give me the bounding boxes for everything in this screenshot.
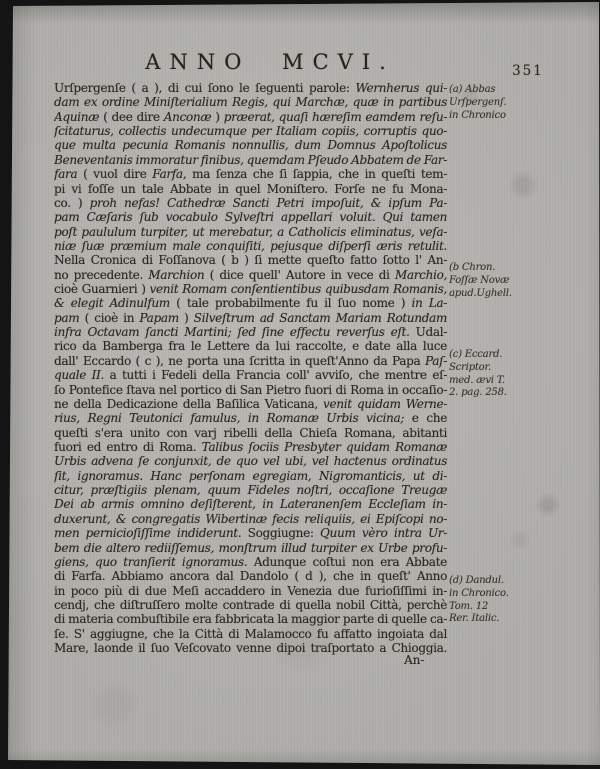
text-line: ſit, ignoramus. Hanc perſonam egregiam, … — [54, 469, 447, 483]
text-segment: ) — [179, 311, 194, 325]
margin-note-line: in Chronico. — [449, 588, 555, 601]
text-segment-italic: proh nefas! Cathedræ Sancti Petri impoſu… — [90, 196, 447, 210]
text-segment: ſe. S' aggiugne, che la Città di Malamoc… — [54, 627, 447, 641]
margin-note-line: Foſſæ Novæ — [449, 275, 555, 288]
text-segment: dall' Eccardo ( c ), ne porta una ſcritt… — [54, 354, 425, 368]
text-line: fara ( vuol dire Farfa, ma ſenza che ſi … — [54, 167, 447, 181]
text-segment-italic: Marchio, — [395, 268, 447, 282]
text-segment: Soggiugne: — [241, 526, 320, 540]
text-line: que multa pecunia Romanis nonnullis, dum… — [54, 138, 447, 152]
text-segment-italic: fara — [54, 167, 77, 181]
text-segment: ne della Dedicazione della Baſilica Vati… — [54, 397, 323, 411]
text-segment: co. ) — [54, 196, 90, 210]
text-line: niæ ſuæ præmium male conquiſiti, pejusqu… — [54, 239, 447, 253]
running-head: ANNO MCVI. — [60, 50, 480, 74]
catchword: An- — [404, 653, 424, 667]
text-line: & elegit Adinulfum ( tale probabilmente … — [54, 296, 447, 310]
text-line: giens, quo tranſierit ignoramus. Adunque… — [54, 555, 447, 569]
text-segment-italic: Silveſtrum ad Sanctam Mariam Rotundam — [194, 311, 447, 325]
text-line: duxerunt, & congregatis Wibertinæ fecis … — [54, 512, 447, 526]
text-line: dam ex ordine Miniſterialium Regis, qui … — [54, 95, 447, 109]
text-line: infra Octavam ſancti Martini; ſed ſine e… — [54, 325, 447, 339]
margin-note-a: (a) AbbasUrſpergenſ.in Chronico — [449, 84, 555, 122]
text-segment-italic: poſt paululum turpiter, ut merebatur, a … — [54, 225, 447, 239]
text-segment-italic: Paſ- — [425, 354, 447, 368]
text-line: ſo Pontefice ſtava nel portico di San Pi… — [54, 383, 447, 397]
margin-note-line: (d) Dandul. — [449, 575, 555, 588]
text-segment-italic: Wernherus qui- — [355, 81, 447, 95]
text-line: queſti s'era unito con varj ribelli dell… — [54, 426, 447, 440]
text-line: co. ) proh nefas! Cathedræ Sancti Petri … — [54, 196, 447, 210]
margin-note-line: (a) Abbas — [449, 84, 555, 97]
text-line: ne della Dedicazione della Baſilica Vati… — [54, 397, 447, 411]
margin-note-line: med. ævi T. — [449, 375, 555, 388]
text-segment: cendj, che diſtruſſero molte contrade di… — [54, 598, 447, 612]
text-line: Urſpergenſe ( a ), di cui ſono le ſeguen… — [54, 81, 447, 95]
text-segment-italic: Farfa — [152, 167, 183, 181]
text-segment-italic: bem die altero rediiſſemus, monſtrum ill… — [54, 541, 447, 555]
text-segment-italic: Anconæ — [164, 110, 212, 124]
text-segment-italic: Marchion — [148, 268, 204, 282]
text-line: pam ( cioè in Papam ) Silveſtrum ad Sanc… — [54, 311, 447, 325]
text-segment-italic: Papam — [139, 311, 178, 325]
text-line: cioè Guarnieri ) venit Romam conſentient… — [54, 282, 447, 296]
text-line: fuori ed entro di Roma. Talibus ſociis P… — [54, 440, 447, 454]
text-segment-italic: Quum vèro intra Ur- — [320, 526, 447, 540]
text-segment: pi vi foſſe un tale Abbate in quel Moniſ… — [54, 182, 447, 196]
margin-note-line: (b Chron. — [449, 262, 555, 275]
text-segment: in poco più di due Meſi accaddero in Ven… — [54, 584, 447, 598]
margin-note-line: apud.Ughell. — [449, 288, 555, 301]
text-segment: ( tale probabilmente fu il ſuo nome ) — [170, 296, 412, 310]
text-segment-italic: ſcitaturus, collectis undecumque per Ita… — [54, 124, 447, 138]
text-line: Urbis advena ſe conjunxit, de quo vel ub… — [54, 454, 447, 468]
text-segment: di Farfa. Abbiamo ancora dal Dandolo ( d… — [54, 569, 447, 583]
text-segment-italic: quale II. — [54, 368, 104, 382]
text-segment: e che — [404, 411, 447, 425]
text-line: dall' Eccardo ( c ), ne porta una ſcritt… — [54, 354, 447, 368]
text-segment: Adunque coſtui non era Abbate — [247, 555, 447, 569]
margin-note-d: (d) Dandul.in Chronico.Tom. 12Rer. Itali… — [449, 575, 555, 626]
text-segment-italic: infra Octavam ſancti Martini; ſed ſine e… — [54, 325, 410, 339]
text-line: ſcitaturus, collectis undecumque per Ita… — [54, 124, 447, 138]
scanned-book-page: ANNO MCVI. 351 Urſpergenſe ( a ), di cui… — [0, 0, 600, 769]
text-line: rius, Regni Teutonici famulus, in Romanæ… — [54, 411, 447, 425]
text-line: Aquinæ ( dee dire Anconæ ) præerat, quaſ… — [54, 110, 447, 124]
text-segment: Urſpergenſe ( a ), di cui ſono le ſeguen… — [54, 81, 355, 95]
text-segment: queſti s'era unito con varj ribelli dell… — [54, 426, 447, 440]
text-segment: fuori ed entro di Roma. — [54, 440, 202, 454]
text-line: pi vi foſſe un tale Abbate in quel Moniſ… — [54, 182, 447, 196]
text-line: quale II. a tutti i Fedeli della Francia… — [54, 368, 447, 382]
text-segment-italic: dam ex ordine Miniſterialium Regis, qui … — [54, 95, 447, 109]
text-segment-italic: Beneventanis immoratur finibus, quemdam … — [54, 153, 447, 167]
text-segment: ) — [211, 110, 223, 124]
text-segment-italic: ſit, ignoramus. Hanc perſonam egregiam, … — [54, 469, 447, 483]
text-segment: Nella Cronica di Foſſanova ( b ) ſi mett… — [54, 253, 447, 267]
text-segment-italic: giens, quo tranſierit ignoramus. — [54, 555, 247, 569]
text-line: di Farfa. Abbiamo ancora dal Dandolo ( d… — [54, 569, 447, 583]
page-number: 351 — [512, 63, 544, 79]
text-segment-italic: venit Romam conſentientibus quibusdam Ro… — [150, 282, 447, 296]
margin-note-line: Scriptor. — [449, 362, 555, 375]
text-segment-italic: & elegit Adinulfum — [54, 296, 170, 310]
text-segment: ſo Pontefice ſtava nel portico di San Pi… — [54, 383, 447, 397]
text-segment-italic: niæ ſuæ præmium male conquiſiti, pejusqu… — [54, 239, 447, 253]
text-segment: ( vuol dire — [77, 167, 152, 181]
text-line: pam Cæſaris ſub vocabulo Sylveſtri appel… — [54, 210, 447, 224]
text-segment: Udal- — [410, 325, 447, 339]
text-segment-italic: citur, præſtigiis plenam, quum Fideles n… — [54, 483, 447, 497]
margin-note-c: (c) Eccard.Scriptor.med. ævi T.2. pag. 2… — [449, 349, 555, 400]
text-segment: cioè Guarnieri ) — [54, 282, 150, 296]
text-segment-italic: in La- — [411, 296, 447, 310]
text-line: Beneventanis immoratur finibus, quemdam … — [54, 153, 447, 167]
text-segment-italic: Aquinæ — [54, 110, 99, 124]
text-line: in poco più di due Meſi accaddero in Ven… — [54, 584, 447, 598]
text-segment: ( cioè in — [79, 311, 139, 325]
text-line: poſt paululum turpiter, ut merebatur, a … — [54, 225, 447, 239]
text-segment-italic: pam — [54, 311, 79, 325]
text-line: citur, præſtigiis plenam, quum Fideles n… — [54, 483, 447, 497]
text-line: men pernicioſiſſime indiderunt. Soggiugn… — [54, 526, 447, 540]
text-segment: ( dice quell' Autore in vece di — [204, 268, 395, 282]
text-segment: a tutti i Fedeli della Francia coll' avv… — [104, 368, 447, 382]
margin-note-line: in Chronico — [449, 110, 555, 123]
margin-note-line: 2. pag. 258. — [449, 387, 555, 400]
text-segment-italic: que multa pecunia Romanis nonnullis, dum… — [54, 138, 447, 152]
text-line: Mare, laonde il ſuo Veſcovato venne dipo… — [54, 641, 447, 655]
text-segment: di materia combuſtibile era fabbricata l… — [54, 612, 447, 626]
margin-note-line: Tom. 12 — [449, 601, 555, 614]
text-line: no precedente. Marchion ( dice quell' Au… — [54, 268, 447, 282]
text-line: Dei ab armis omnino deſiſterent, in Late… — [54, 497, 447, 511]
text-segment: ( dee dire — [99, 110, 164, 124]
text-segment-italic: Urbis advena ſe conjunxit, de quo vel ub… — [54, 454, 447, 468]
text-line: di materia combuſtibile era fabbricata l… — [54, 612, 447, 626]
margin-note-line: Rer. Italic. — [449, 613, 555, 626]
body-text: Urſpergenſe ( a ), di cui ſono le ſeguen… — [54, 81, 447, 655]
text-segment-italic: venit quidam Werne- — [323, 397, 447, 411]
text-segment-italic: men pernicioſiſſime indiderunt. — [54, 526, 241, 540]
text-segment: Mare, laonde il ſuo Veſcovato venne dipo… — [54, 641, 447, 655]
margin-note-line: (c) Eccard. — [449, 349, 555, 362]
text-segment: no precedente. — [54, 268, 148, 282]
text-segment-italic: pam Cæſaris ſub vocabulo Sylveſtri appel… — [54, 210, 447, 224]
text-segment-italic: Talibus ſociis Presbyter quidam Romanæ — [202, 440, 447, 454]
text-segment: rico da Bamberga fra le Lettere da lui r… — [54, 339, 447, 353]
text-line: Nella Cronica di Foſſanova ( b ) ſi mett… — [54, 253, 447, 267]
text-segment-italic: præerat, quaſi hæreſim eamdem reſu- — [224, 110, 447, 124]
text-line: ſe. S' aggiugne, che la Città di Malamoc… — [54, 627, 447, 641]
margin-note-b: (b Chron.Foſſæ Novæapud.Ughell. — [449, 262, 555, 300]
text-segment-italic: rius, Regni Teutonici famulus, in Romanæ… — [54, 411, 404, 425]
text-segment-italic: Dei ab armis omnino deſiſterent, in Late… — [54, 497, 447, 511]
text-segment-italic: duxerunt, & congregatis Wibertinæ fecis … — [54, 512, 447, 526]
text-line: cendj, che diſtruſſero molte contrade di… — [54, 598, 447, 612]
paper: ANNO MCVI. 351 Urſpergenſe ( a ), di cui… — [0, 0, 600, 769]
margin-note-line: Urſpergenſ. — [449, 97, 555, 110]
text-line: rico da Bamberga fra le Lettere da lui r… — [54, 339, 447, 353]
text-line: bem die altero rediiſſemus, monſtrum ill… — [54, 541, 447, 555]
text-segment: , ma ſenza che ſi ſappia, che in queſti … — [183, 167, 447, 181]
